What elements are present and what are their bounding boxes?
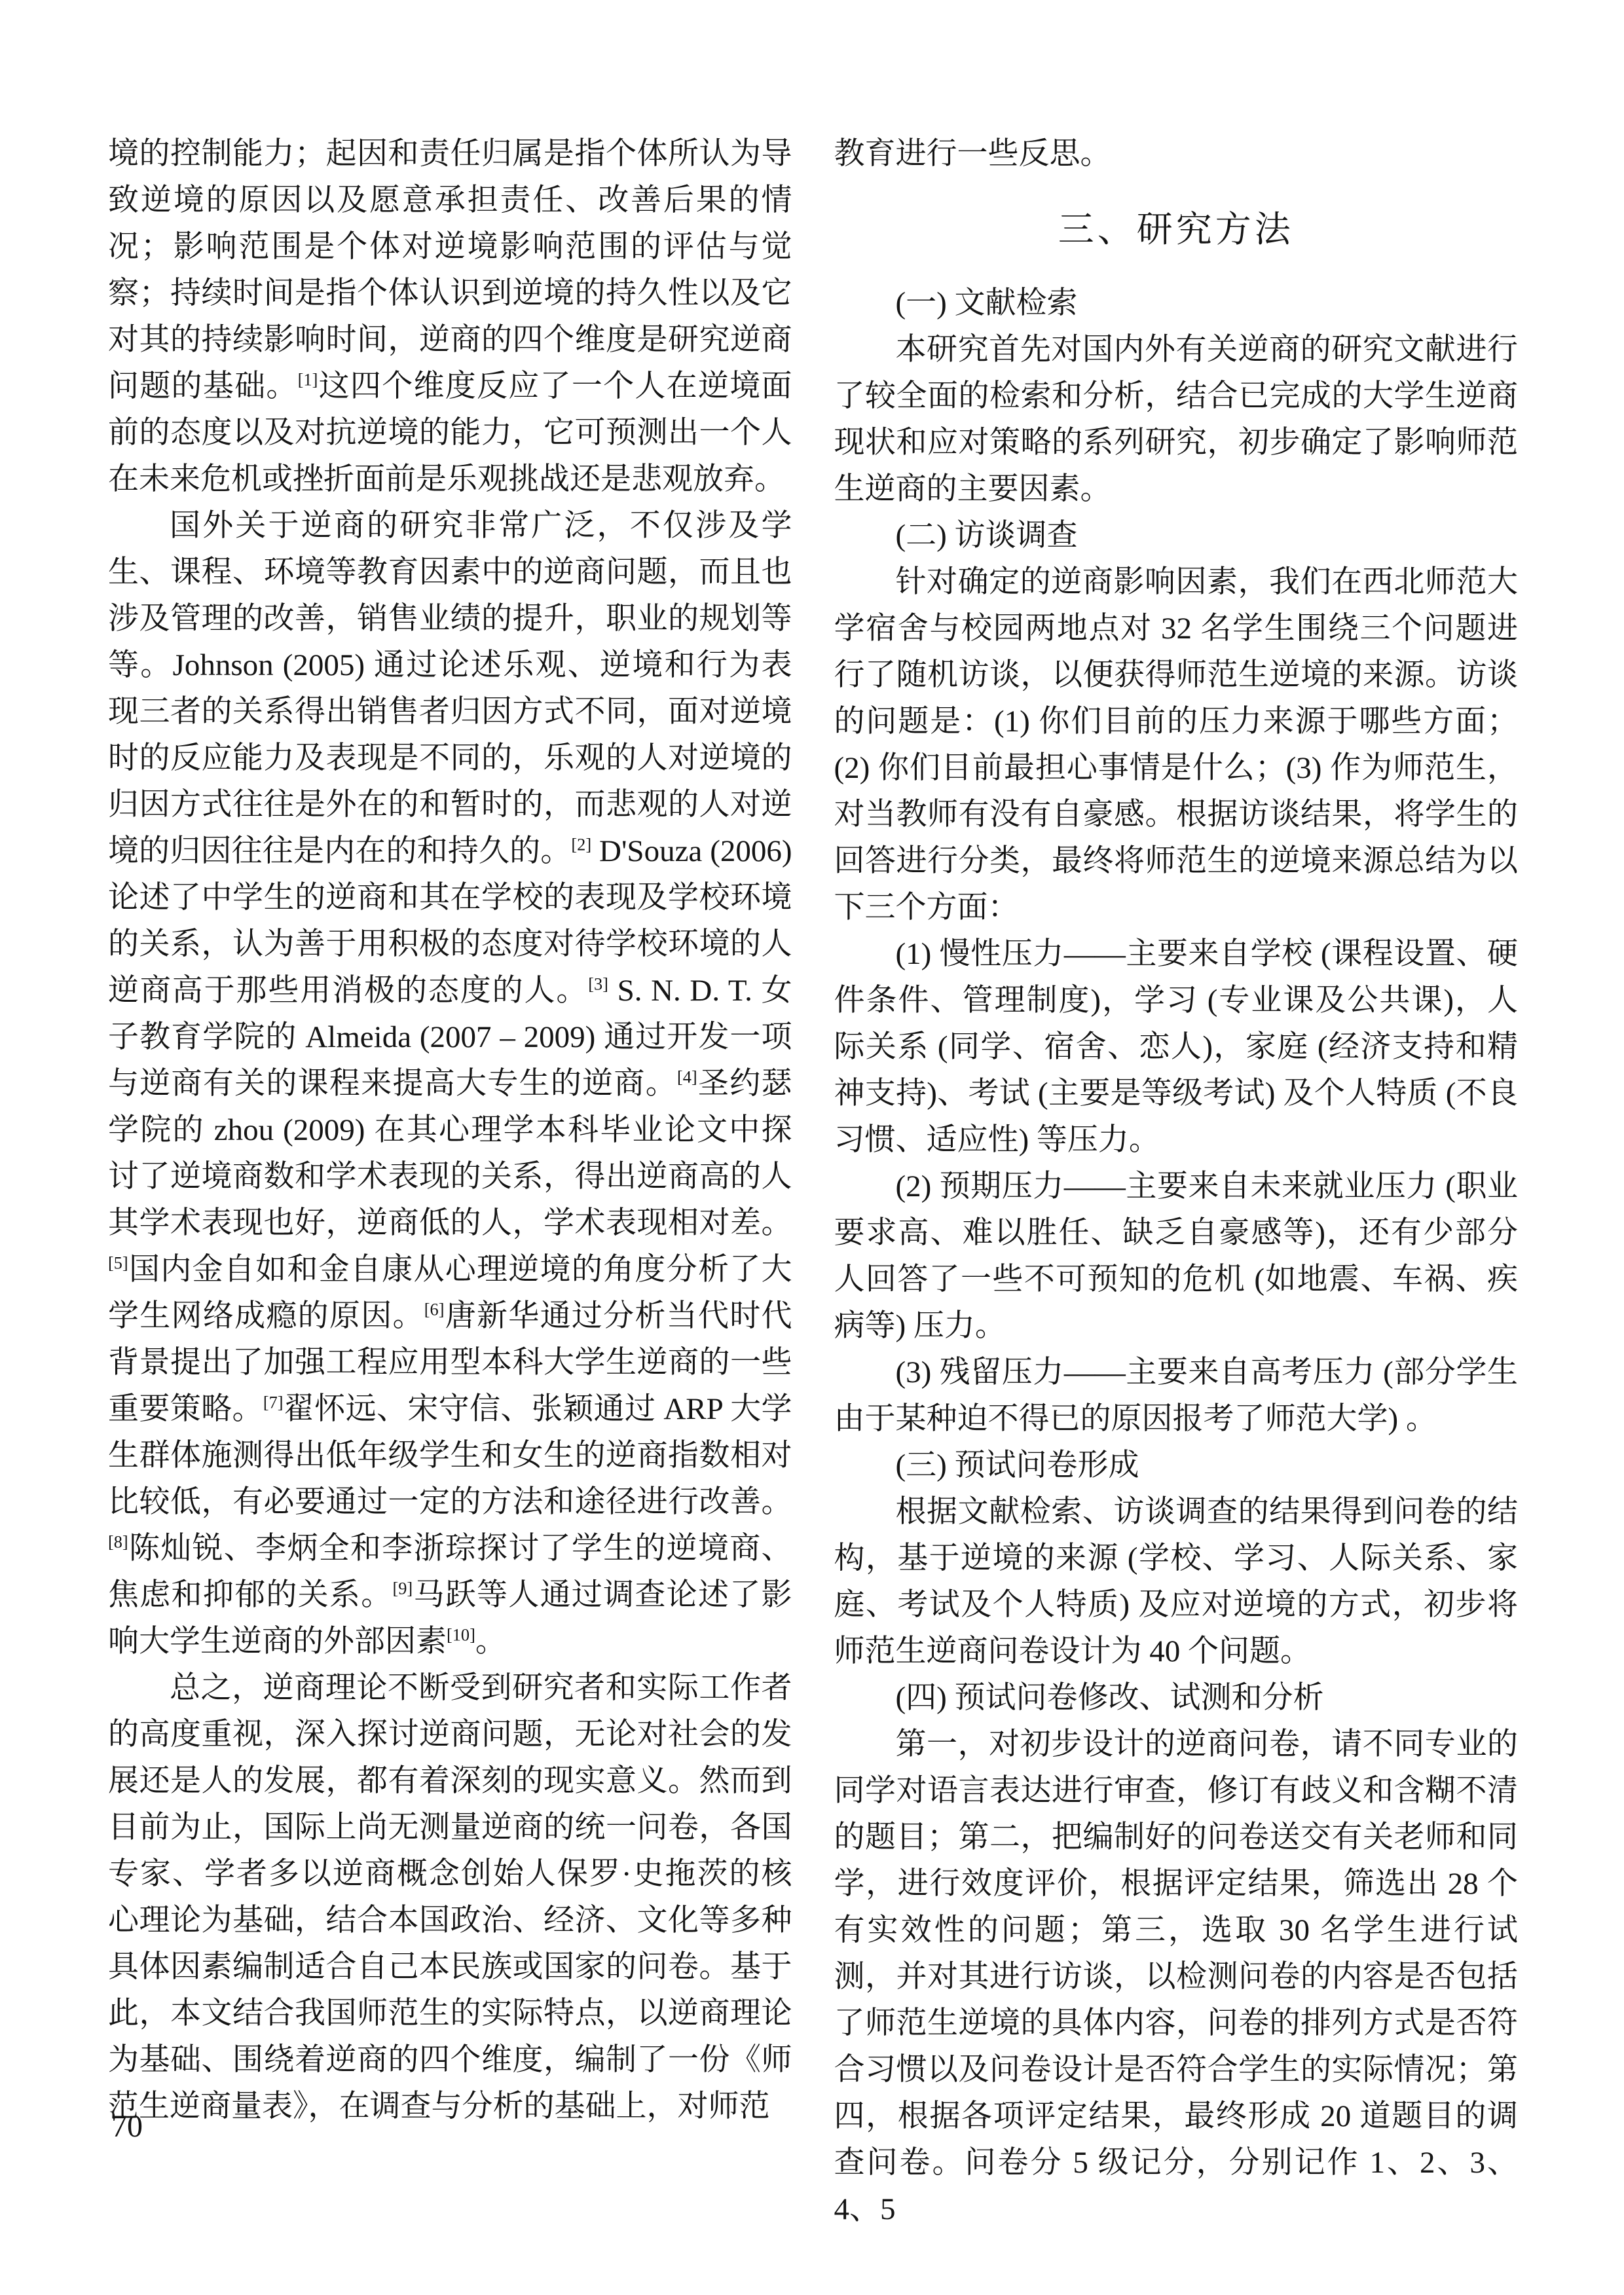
citation-ref-marker: [7] — [263, 1393, 284, 1412]
citation-ref-marker: [2] — [571, 835, 591, 854]
right-column: 教育进行一些反思。 三、研究方法 (一) 文献检索 本研究首先对国内外有关逆商的… — [834, 131, 1519, 2233]
list-item-anticipated-stress: (2) 预期压力——主要来自未来就业压力 (职业要求高、难以胜任、缺乏自豪感等)… — [834, 1164, 1519, 1349]
subsection-heading-literature-search: (一) 文献检索 — [834, 280, 1519, 327]
subsection-heading-interview-survey: (二) 访谈调查 — [834, 513, 1519, 559]
citation-ref-marker: [6] — [424, 1300, 445, 1319]
citation-ref-marker: [1] — [298, 370, 318, 389]
body-paragraph-questionnaire-revision: 第一，对初步设计的逆商问卷，请不同专业的同学对语言表达进行审查，修订有歧义和含糊… — [834, 1721, 1519, 2233]
subsection-heading-questionnaire-formation: (三) 预试问卷形成 — [834, 1442, 1519, 1489]
journal-page: 境的控制能力；起因和责任归属是指个体所认为导致逆境的原因以及愿意承担责任、改善后… — [0, 0, 1624, 2295]
citation-ref-marker: [4] — [677, 1067, 697, 1086]
list-item-chronic-stress: (1) 慢性压力——主要来自学校 (课程设置、硬件条件、管理制度)，学习 (专业… — [834, 931, 1519, 1164]
body-paragraph-continuation: 教育进行一些反思。 — [834, 131, 1519, 177]
two-column-layout: 境的控制能力；起因和责任归属是指个体所认为导致逆境的原因以及愿意承担责任、改善后… — [108, 131, 1518, 2233]
citation-ref-marker: [10] — [447, 1625, 475, 1644]
section-heading-research-methods: 三、研究方法 — [834, 206, 1519, 253]
list-item-residual-stress: (3) 残留压力——主要来自高考压力 (部分学生由于某种迫不得已的原因报考了师范… — [834, 1349, 1519, 1442]
body-paragraph-questionnaire-formation: 根据文献检索、访谈调查的结果得到问卷的结构，基于逆境的来源 (学校、学习、人际关… — [834, 1489, 1519, 1675]
body-paragraph-interview-survey: 针对确定的逆商影响因素，我们在西北师范大学宿舍与校园两地点对 32 名学生围绕三… — [834, 559, 1519, 931]
citation-ref-marker: [3] — [588, 974, 608, 993]
body-paragraph-literature-review: 国外关于逆商的研究非常广泛，不仅涉及学生、课程、环境等教育因素中的逆商问题，而且… — [108, 503, 792, 1665]
citation-ref-marker: [8] — [108, 1532, 128, 1551]
citation-ref-marker: [5] — [108, 1253, 128, 1272]
body-paragraph-summary: 总之，逆商理论不断受到研究者和实际工作者的高度重视，深入探讨逆商问题，无论对社会… — [108, 1665, 792, 2130]
subsection-heading-questionnaire-revision: (四) 预试问卷修改、试测和分析 — [834, 1675, 1519, 1721]
left-column: 境的控制能力；起因和责任归属是指个体所认为导致逆境的原因以及愿意承担责任、改善后… — [108, 131, 792, 2233]
body-paragraph-continuation: 境的控制能力；起因和责任归属是指个体所认为导致逆境的原因以及愿意承担责任、改善后… — [108, 131, 792, 503]
citation-ref-marker: [9] — [393, 1579, 413, 1598]
body-paragraph-literature-search: 本研究首先对国内外有关逆商的研究文献进行了较全面的检索和分析，结合已完成的大学生… — [834, 327, 1519, 513]
page-number: 70 — [111, 2107, 143, 2146]
